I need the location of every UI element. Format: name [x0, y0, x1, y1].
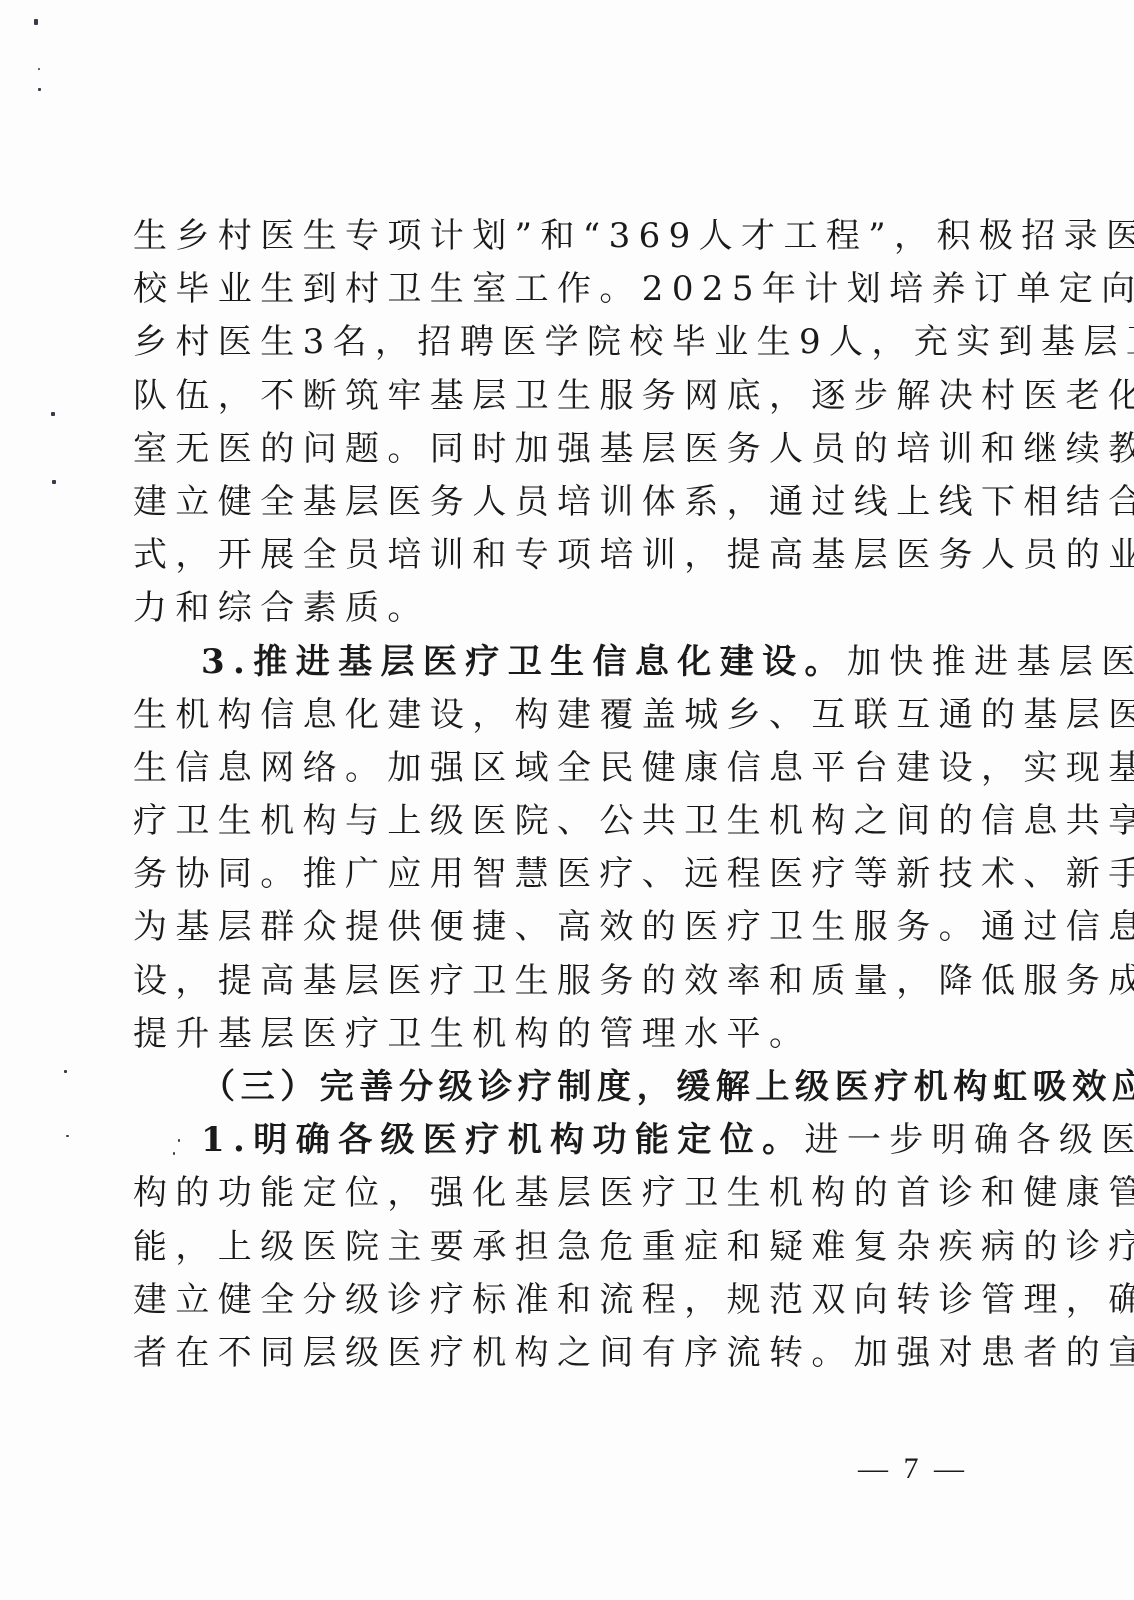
text-line: 疗卫生机构与上级医院、公共卫生机构之间的信息共享和业 [133, 795, 978, 848]
line-text: 能，上级医院主要承担急危重症和疑难复杂疾病的诊疗服务。 [133, 1227, 1134, 1267]
bold-heading-text: 1.明确各级医疗机构功能定位。 [201, 1120, 805, 1160]
scan-speck [38, 88, 41, 91]
line-text: 式，开展全员培训和专项培训，提高基层医务人员的业务能 [133, 535, 1134, 575]
text-line: 室无医的问题。同时加强基层医务人员的培训和继续教育， [133, 423, 978, 476]
line-text: 加快推进基层医疗卫 [847, 642, 1134, 682]
line-text: 校毕业生到村卫生室工作。2025年计划培养订单定向大学生 [133, 269, 1134, 309]
scan-speck [66, 1135, 69, 1137]
line-text: 生信息网络。加强区域全民健康信息平台建设，实现基层医 [133, 748, 1134, 788]
text-line: 队伍，不断筑牢基层卫生服务网底，逐步解决村医老化和有 [133, 370, 978, 423]
scan-speck [52, 480, 56, 484]
line-text: 进一步明确各级医疗机 [805, 1120, 1134, 1160]
scan-speck [64, 1070, 67, 1073]
scan-speck [38, 68, 40, 70]
document-page: 生乡村医生专项计划”和“369人才工程”，积极招录医学院校毕业生到村卫生室工作。… [0, 0, 1134, 1600]
line-text: 队伍，不断筑牢基层卫生服务网底，逐步解决村医老化和有 [133, 376, 1134, 416]
line-text: 提升基层医疗卫生机构的管理水平。 [133, 1014, 811, 1054]
text-line: 建立健全分级诊疗标准和流程，规范双向转诊管理，确保患 [133, 1274, 978, 1327]
text-line: 设，提高基层医疗卫生服务的效率和质量，降低服务成本， [133, 955, 978, 1008]
text-line: 3.推进基层医疗卫生信息化建设。加快推进基层医疗卫 [133, 636, 978, 689]
document-body: 生乡村医生专项计划”和“369人才工程”，积极招录医学院校毕业生到村卫生室工作。… [133, 210, 978, 1380]
bold-heading-text: （三）完善分级诊疗制度，缓解上级医疗机构虹吸效应 [201, 1067, 1134, 1107]
page-number: — 7 — [858, 1452, 968, 1486]
text-line: 务协同。推广应用智慧医疗、远程医疗等新技术、新手段， [133, 848, 978, 901]
line-text: 务协同。推广应用智慧医疗、远程医疗等新技术、新手段， [133, 854, 1134, 894]
text-line: 力和综合素质。 [133, 582, 978, 635]
line-text: 乡村医生3名，招聘医学院校毕业生9人，充实到基层卫生 [133, 322, 1134, 362]
line-text: 力和综合素质。 [133, 588, 430, 628]
text-line: 构的功能定位，强化基层医疗卫生机构的首诊和健康管理功 [133, 1167, 978, 1220]
scan-speck [34, 19, 38, 25]
line-text: 者在不同层级医疗机构之间有序流转。加强对患者的宣传教 [133, 1333, 1134, 1373]
text-line: 者在不同层级医疗机构之间有序流转。加强对患者的宣传教 [133, 1327, 978, 1380]
line-text: 生机构信息化建设，构建覆盖城乡、互联互通的基层医疗卫 [133, 695, 1134, 735]
line-text: 生乡村医生专项计划”和“369人才工程”，积极招录医学院 [133, 216, 1134, 256]
text-line: 式，开展全员培训和专项培训，提高基层医务人员的业务能 [133, 529, 978, 582]
text-line: 能，上级医院主要承担急危重症和疑难复杂疾病的诊疗服务。 [133, 1221, 978, 1274]
line-text: 为基层群众提供便捷、高效的医疗卫生服务。通过信息化建 [133, 907, 1134, 947]
text-line: 生乡村医生专项计划”和“369人才工程”，积极招录医学院 [133, 210, 978, 263]
text-line: 校毕业生到村卫生室工作。2025年计划培养订单定向大学生 [133, 263, 978, 316]
section-heading: （三）完善分级诊疗制度，缓解上级医疗机构虹吸效应 [133, 1061, 978, 1114]
text-line: 1.明确各级医疗机构功能定位。进一步明确各级医疗机 [133, 1114, 978, 1167]
scan-speck [51, 412, 55, 416]
text-line: 乡村医生3名，招聘医学院校毕业生9人，充实到基层卫生 [133, 316, 978, 369]
text-line: 建立健全基层医务人员培训体系，通过线上线下相结合的方 [133, 476, 978, 529]
line-text: 室无医的问题。同时加强基层医务人员的培训和继续教育， [133, 429, 1134, 469]
line-text: 疗卫生机构与上级医院、公共卫生机构之间的信息共享和业 [133, 801, 1134, 841]
text-line: 提升基层医疗卫生机构的管理水平。 [133, 1008, 978, 1061]
text-line: 生机构信息化建设，构建覆盖城乡、互联互通的基层医疗卫 [133, 689, 978, 742]
bold-heading-text: 3.推进基层医疗卫生信息化建设。 [201, 642, 847, 682]
text-line: 为基层群众提供便捷、高效的医疗卫生服务。通过信息化建 [133, 901, 978, 954]
line-text: 设，提高基层医疗卫生服务的效率和质量，降低服务成本， [133, 961, 1134, 1001]
line-text: 建立健全分级诊疗标准和流程，规范双向转诊管理，确保患 [133, 1280, 1134, 1320]
text-line: 生信息网络。加强区域全民健康信息平台建设，实现基层医 [133, 742, 978, 795]
line-text: 构的功能定位，强化基层医疗卫生机构的首诊和健康管理功 [133, 1173, 1134, 1213]
line-text: 建立健全基层医务人员培训体系，通过线上线下相结合的方 [133, 482, 1134, 522]
